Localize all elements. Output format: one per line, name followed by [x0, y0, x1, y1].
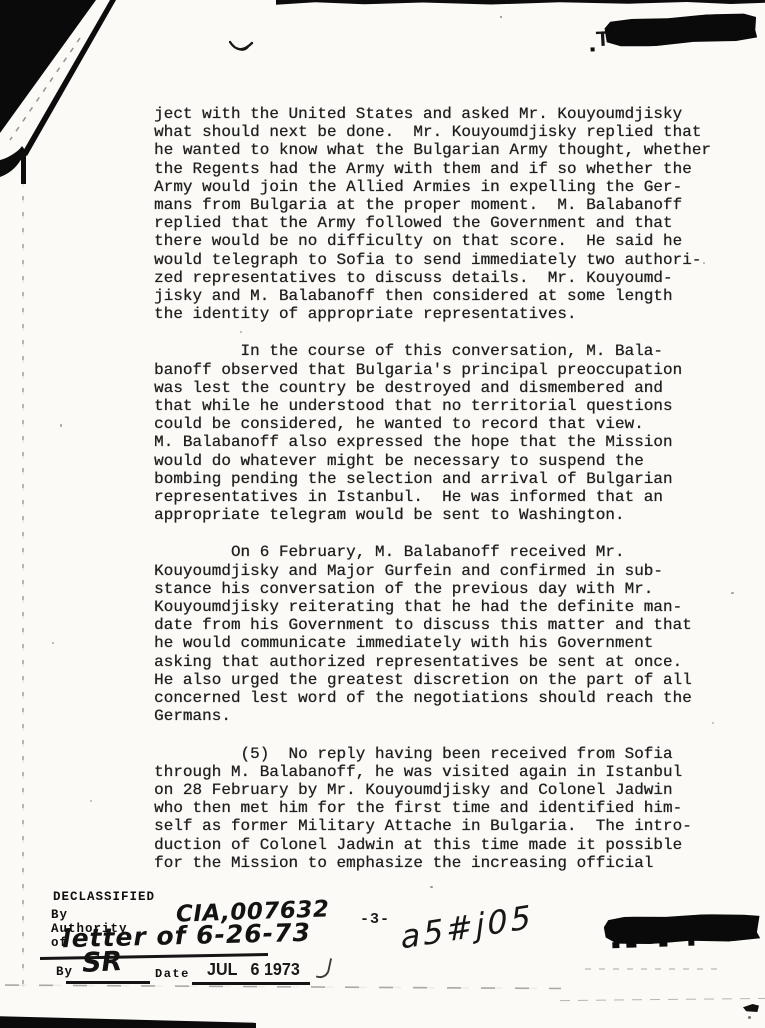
handwritten-annotation: a5#j05 [400, 897, 535, 956]
paper-speck [240, 331, 242, 333]
scan-edge-bottom [0, 1015, 256, 1028]
horizontal-fold-crease [585, 968, 725, 970]
date-label: Date [155, 967, 190, 981]
paragraph-1: ject with the United States and asked Mr… [154, 105, 729, 323]
paragraph-3: On 6 February, M. Balabanoff received Mr… [154, 543, 729, 725]
scan-edge-top [276, 0, 765, 5]
horizontal-fold-crease [560, 998, 765, 1002]
paragraph-2: In the course of this conversation, M. B… [154, 342, 729, 524]
paper-speck [500, 16, 502, 18]
paragraph-4: (5) No reply having been received from S… [154, 745, 729, 872]
stamp-ink-dot [590, 47, 594, 51]
redacted-classification-stamp-bottom [604, 913, 761, 952]
redacted-classification-stamp-top: TOP SECRET [593, 12, 761, 61]
stray-pen-mark [316, 956, 332, 980]
paper-speck [731, 592, 734, 594]
checkmark-icon [229, 39, 255, 60]
paper-speck [703, 262, 705, 264]
scanned-document-page: TOP SECRET ject with the United States a… [0, 0, 765, 1028]
paper-speck [90, 800, 92, 802]
stamp-ink-drip [688, 940, 694, 946]
vertical-fold-crease [22, 180, 24, 990]
declassified-title: DECLASSIFIED [53, 890, 155, 904]
date-stamp-value: JUL 6 1973 [207, 959, 300, 980]
paper-speck [712, 722, 714, 724]
by-handwritten-initials: SR [81, 946, 123, 979]
typed-body-text: ject with the United States and asked Mr… [154, 105, 729, 872]
paper-speck [430, 886, 433, 888]
stamp-ink-drip [659, 940, 667, 946]
redaction-marker-icon [604, 913, 761, 946]
scan-ink-blot [743, 1004, 759, 1012]
stamp-ink-drip [626, 941, 636, 947]
stamp-ink-drip [612, 942, 619, 948]
page-number: -3- [360, 911, 390, 928]
page-corner-tear [0, 0, 170, 260]
by-label: By [56, 965, 73, 979]
horizontal-fold-crease [5, 983, 561, 989]
paper-speck [60, 424, 62, 427]
paper-speck [52, 642, 54, 644]
paper-speck [748, 1016, 751, 1019]
